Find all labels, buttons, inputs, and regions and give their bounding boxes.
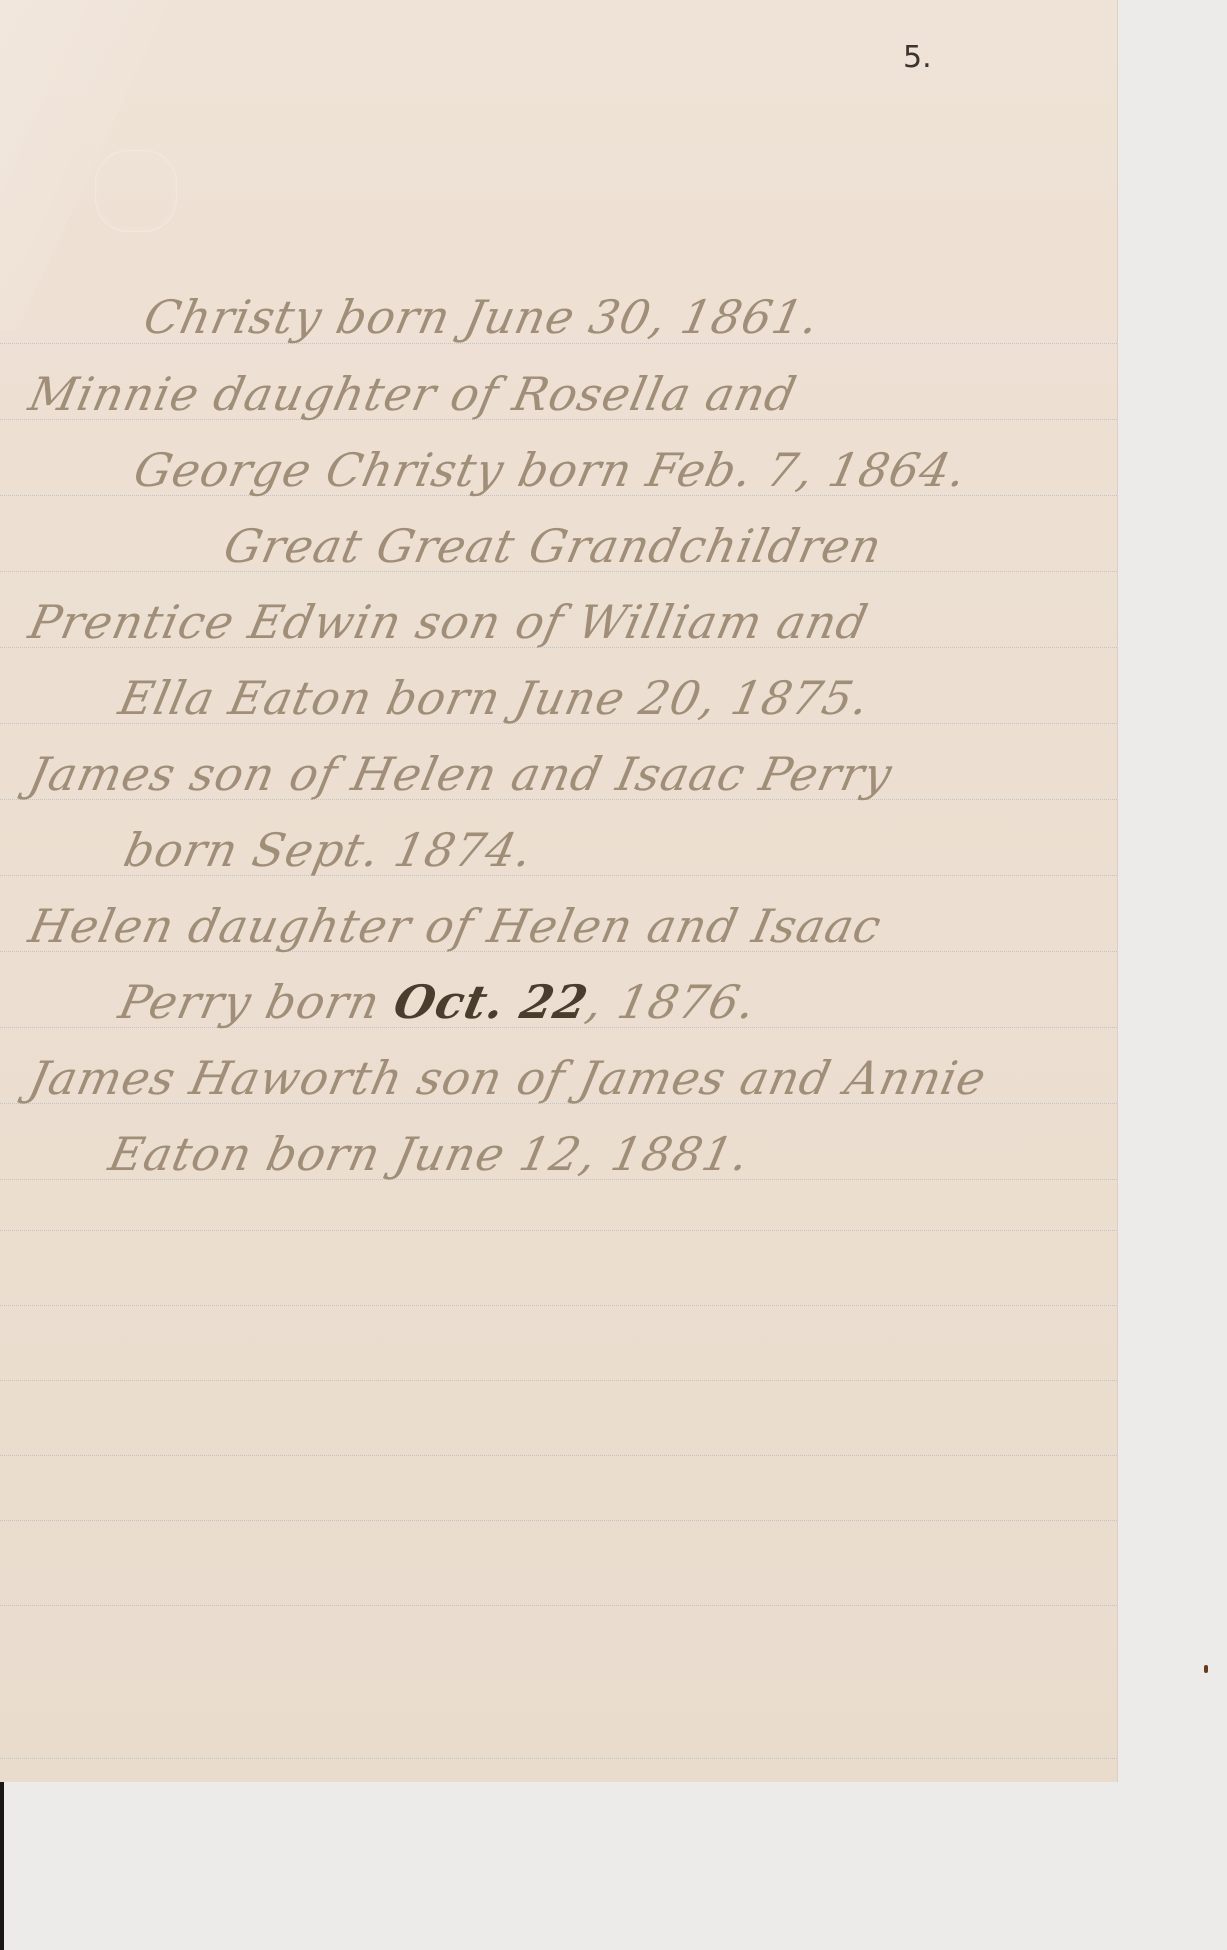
handwritten-line: James son of Helen and Isaac Perry: [24, 747, 897, 801]
overwritten-date: Oct. 22: [389, 975, 593, 1029]
ruled-line: [0, 1605, 1117, 1606]
scan-edge: [0, 1782, 4, 1950]
ink-spot: [1204, 1665, 1208, 1673]
handwritten-line: Helen daughter of Helen and Isaac: [24, 899, 886, 953]
ruled-line: [0, 1380, 1117, 1381]
document-page: 5. Christy born June 30, 1861. Minnie da…: [0, 0, 1117, 1782]
line-text: Perry born: [114, 975, 401, 1029]
handwritten-line: Minnie daughter of Rosella and: [24, 367, 801, 421]
handwritten-line: Ella Eaton born June 20, 1875.: [114, 671, 874, 725]
ruled-line: [0, 1305, 1117, 1306]
page-number: 5.: [903, 40, 932, 75]
handwritten-line: Great Great Grandchildren: [219, 519, 887, 573]
embossed-stamp: [95, 150, 177, 232]
ruled-line: [0, 1455, 1117, 1456]
handwritten-line: Perry born Oct. 22, 1876.: [114, 975, 761, 1029]
ruled-line: [0, 1230, 1117, 1231]
line-text: , 1876.: [582, 975, 761, 1029]
handwritten-line: born Sept. 1874.: [119, 823, 537, 877]
ruled-line: [0, 1758, 1117, 1759]
handwritten-line: George Christy born Feb. 7, 1864.: [129, 443, 972, 497]
handwritten-line: James Haworth son of James and Annie: [24, 1051, 991, 1105]
handwritten-line: Eaton born June 12, 1881.: [104, 1127, 754, 1181]
handwritten-line: Prentice Edwin son of William and: [24, 595, 873, 649]
handwritten-line: Christy born June 30, 1861.: [139, 290, 824, 344]
ruled-line: [0, 1520, 1117, 1521]
